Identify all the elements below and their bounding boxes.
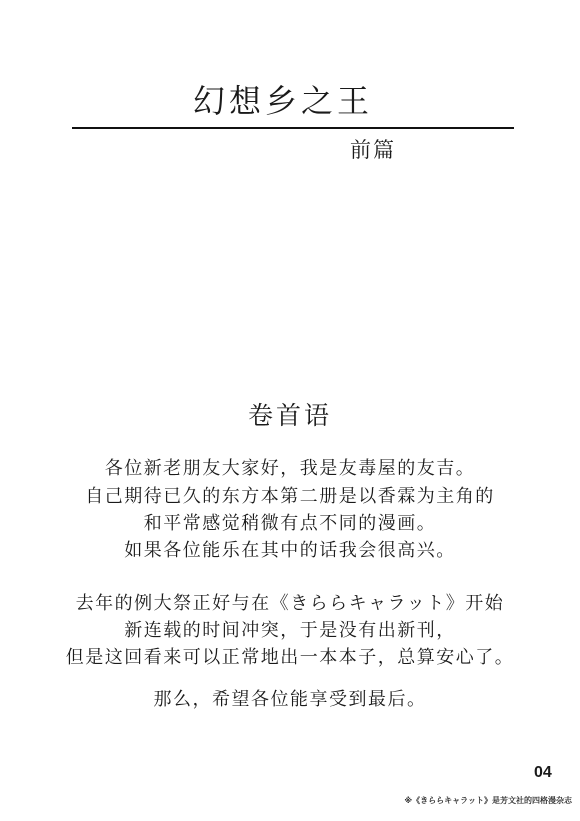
text-line: 去年的例大祭正好与在《きららキャラット》开始 xyxy=(0,592,580,616)
page-number: 04 xyxy=(534,762,552,784)
page-title: 幻想乡之王 xyxy=(0,80,566,122)
page-subtitle: 前篇 xyxy=(350,137,396,163)
text-line: 如果各位能乐在其中的话我会很高兴。 xyxy=(0,539,580,563)
text-line: 和平常感觉稍微有点不同的漫画。 xyxy=(0,512,580,536)
preface-heading: 卷首语 xyxy=(0,400,580,432)
footnote: ※《きららキャラット》是芳文社的四格漫杂志 xyxy=(404,795,572,807)
text-line: 自己期待已久的东方本第二册是以香霖为主角的 xyxy=(0,485,580,509)
text-line: 新连载的时间冲突，于是没有出新刊， xyxy=(0,619,580,643)
manga-page: 幻想乡之王 前篇 卷首语 各位新老朋友大家好，我是友毒屋的友吉。 自己期待已久的… xyxy=(0,0,580,821)
text-line: 各位新老朋友大家好，我是友毒屋的友吉。 xyxy=(0,457,580,481)
title-divider xyxy=(72,127,514,129)
text-line: 但是这回看来可以正常地出一本本子，总算安心了。 xyxy=(0,646,580,670)
text-line: 那么，希望各位能享受到最后。 xyxy=(0,688,580,712)
